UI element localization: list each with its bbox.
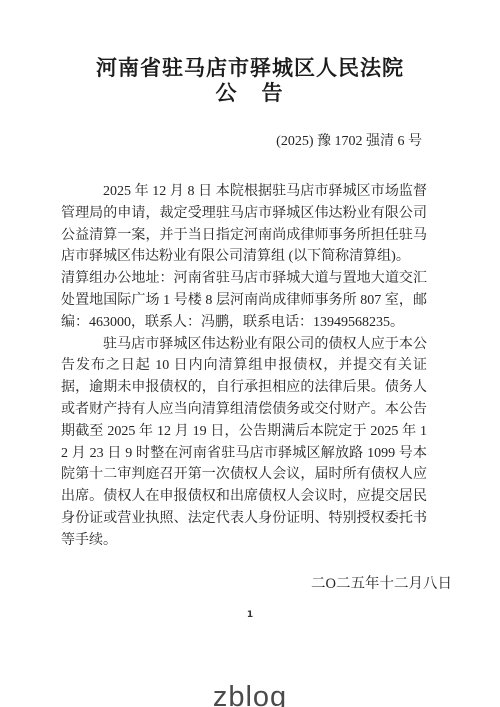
announcement-body: 2025 年 12 月 8 日 本院根据驻马店市驿城区市场监督管理局的申请，裁定… xyxy=(61,181,427,552)
doc-title-heading: 公 告 xyxy=(0,81,500,107)
page-number: 1 xyxy=(0,610,500,620)
court-name-heading: 河南省驻马店市驿城区人民法院 xyxy=(0,56,500,81)
paragraph-creditor-notice: 驻马店市驿城区伟达粉业有限公司的债权人应于本公告发布之日起 10 日内向清算组申… xyxy=(61,334,427,552)
announcement-page: 河南省驻马店市驿城区人民法院 公 告 (2025) 豫 1702 强清 6 号 … xyxy=(0,0,500,707)
paragraph-liquidation-office-address: 清算组办公地址：河南省驻马店市驿城大道与置地大道交汇处置地国际广场 1 号楼 8… xyxy=(61,268,427,333)
date-line: 二O二五年十二月八日 xyxy=(0,574,500,594)
paragraph-case-acceptance: 2025 年 12 月 8 日 本院根据驻马店市驿城区市场监督管理局的申请，裁定… xyxy=(61,181,427,268)
case-number: (2025) 豫 1702 强清 6 号 xyxy=(0,133,422,151)
watermark-zblog: zblog xyxy=(0,681,500,707)
